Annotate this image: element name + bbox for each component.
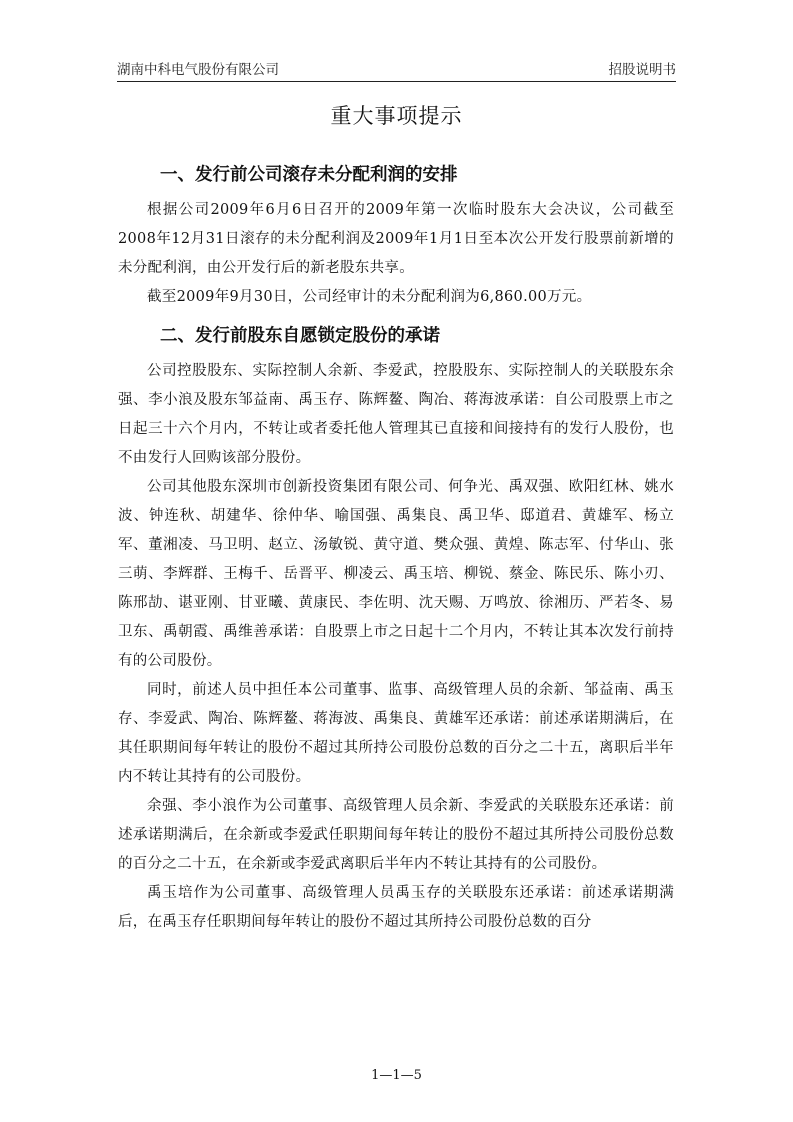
paragraph: 根据公司2009年6月6日召开的2009年第一次临时股东大会决议，公司截至200… <box>118 196 674 283</box>
header-document-type: 招股说明书 <box>609 58 677 78</box>
document-body: 一、发行前公司滚存未分配利润的安排 根据公司2009年6月6日召开的2009年第… <box>118 160 674 937</box>
section-heading-share-lockup: 二、发行前股东自愿锁定股份的承诺 <box>160 321 674 357</box>
paragraph: 同时，前述人员中担任本公司董事、监事、高级管理人员的余新、邹益南、禹玉存、李爱武… <box>118 676 674 792</box>
section-heading-retained-profit: 一、发行前公司滚存未分配利润的安排 <box>160 160 674 196</box>
header-company-name: 湖南中科电气股份有限公司 <box>117 58 279 78</box>
page-number: 1—1—5 <box>0 1068 793 1083</box>
paragraph: 公司其他股东深圳市创新投资集团有限公司、何争光、禹双强、欧阳红林、姚水波、钟连秋… <box>118 473 674 676</box>
paragraph: 禹玉培作为公司董事、高级管理人员禹玉存的关联股东还承诺：前述承诺期满后，在禹玉存… <box>118 879 674 937</box>
page-title: 重大事项提示 <box>0 100 793 130</box>
paragraph: 截至2009年9月30日，公司经审计的未分配利润为6,860.00万元。 <box>118 283 674 312</box>
paragraph: 余强、李小浪作为公司董事、高级管理人员余新、李爱武的关联股东还承诺：前述承诺期满… <box>118 792 674 879</box>
page-header: 湖南中科电气股份有限公司 招股说明书 <box>117 56 676 82</box>
paragraph: 公司控股股东、实际控制人余新、李爱武，控股股东、实际控制人的关联股东余强、李小浪… <box>118 357 674 473</box>
